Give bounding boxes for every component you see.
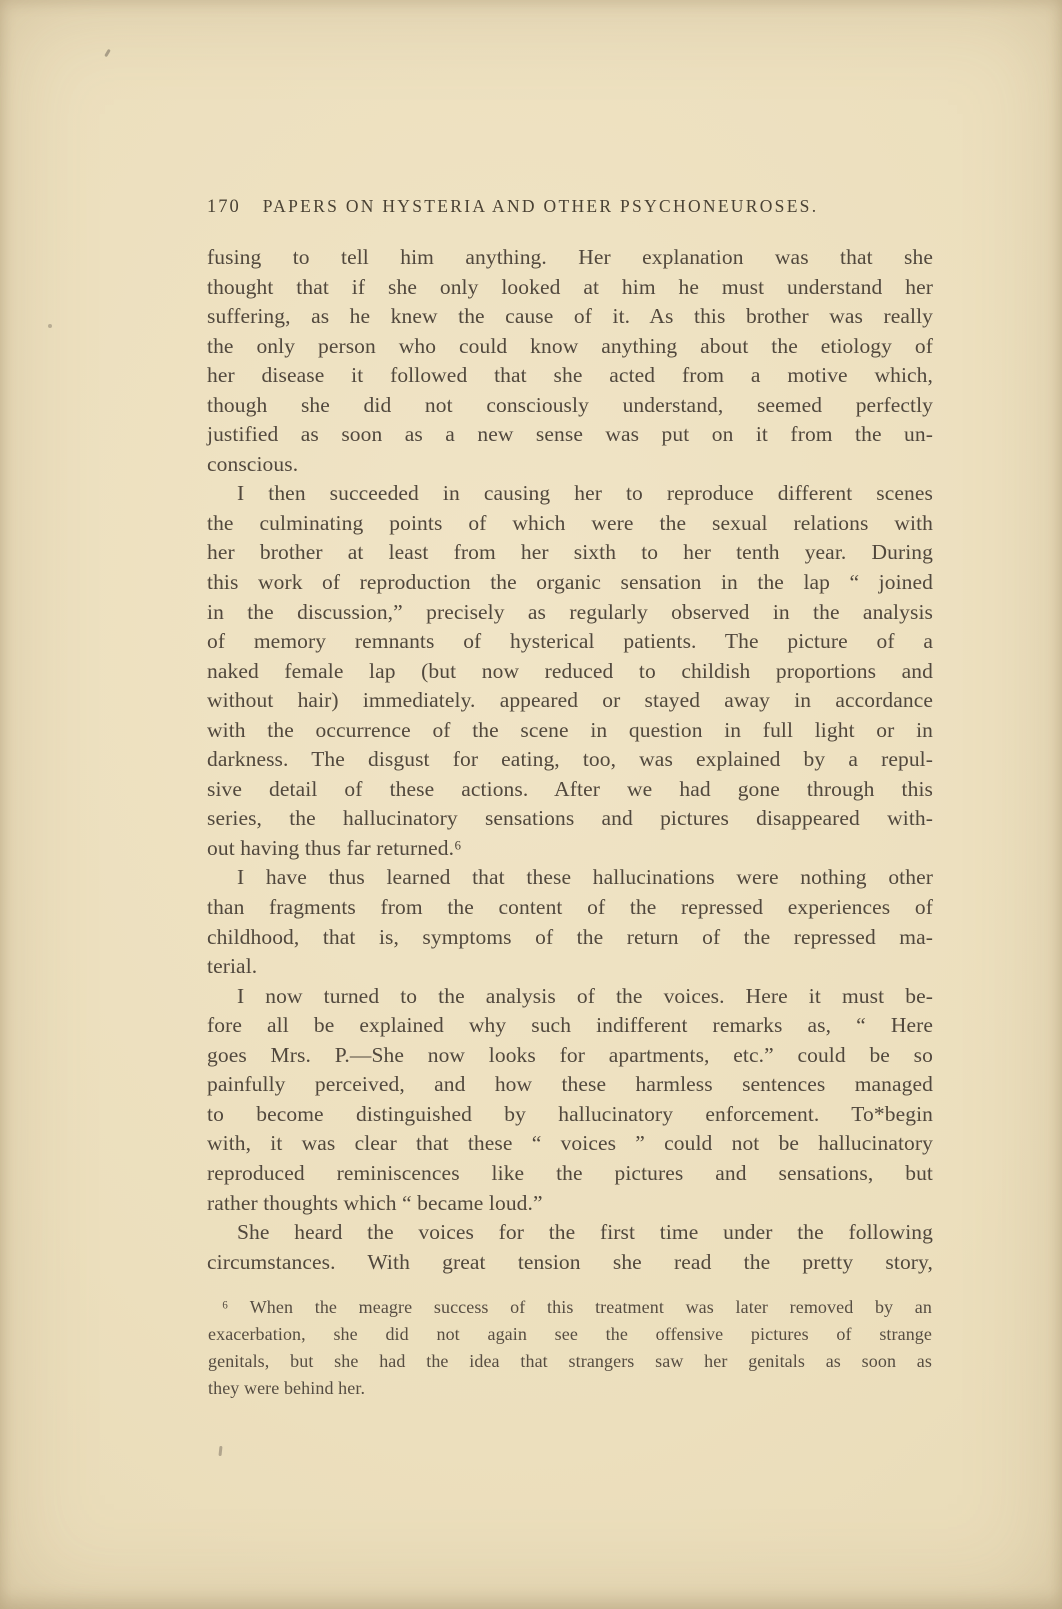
text-line: of memory remnants of hysterical patient… [207,627,933,657]
text-line: to become distinguished by hallucinatory… [207,1100,933,1130]
text-line: than fragments from the content of the r… [207,893,933,923]
footnote: ⁶ When the meagre success of this treatm… [208,1294,932,1402]
text-line: without hair) immediately. appeared or s… [207,686,933,716]
text-line: with the occurrence of the scene in ques… [207,716,933,746]
text-line: her disease it followed that she acted f… [207,361,933,391]
text-line: I have thus learned that these hallucina… [207,863,933,893]
text-line: in the discussion,” precisely as regular… [207,598,933,628]
text-line: the only person who could know anything … [207,332,933,362]
footnote-line: ⁶ When the meagre success of this treatm… [208,1294,932,1321]
page-header: 170 PAPERS ON HYSTERIA AND OTHER PSYCHON… [207,196,947,218]
footnote-line: genitals, but she had the idea that stra… [208,1348,932,1375]
body-text: fusing to tell him anything. Her explana… [207,243,933,1277]
scan-speck [218,1446,222,1456]
text-line: goes Mrs. P.—She now looks for apartment… [207,1041,933,1071]
text-line: fusing to tell him anything. Her explana… [207,243,933,273]
paragraph: I now turned to the analysis of the voic… [207,982,933,1218]
text-line: sive detail of these actions. After we h… [207,775,933,805]
scan-speck [48,324,52,328]
paragraph: fusing to tell him anything. Her explana… [207,243,933,479]
text-line: darkness. The disgust for eating, too, w… [207,745,933,775]
text-line: rather thoughts which “ became loud.” [207,1189,933,1219]
text-line: conscious. [207,450,933,480]
scan-speck [104,49,111,57]
text-line: circumstances. With great tension she re… [207,1248,933,1278]
text-line: her brother at least from her sixth to h… [207,538,933,568]
paragraph: I have thus learned that these hallucina… [207,863,933,981]
text-line: I then succeeded in causing her to repro… [207,479,933,509]
text-line: painfully perceived, and how these harml… [207,1070,933,1100]
paragraph: She heard the voices for the first time … [207,1218,933,1277]
text-line: suffering, as he knew the cause of it. A… [207,302,933,332]
text-line: this work of reproduction the organic se… [207,568,933,598]
scanned-book-page: 170 PAPERS ON HYSTERIA AND OTHER PSYCHON… [0,0,1062,1609]
text-line: reproduced reminiscences like the pictur… [207,1159,933,1189]
text-line: She heard the voices for the first time … [207,1218,933,1248]
text-line: out having thus far returned.⁶ [207,834,933,864]
paragraph: I then succeeded in causing her to repro… [207,479,933,863]
text-line: I now turned to the analysis of the voic… [207,982,933,1012]
page-number: 170 [207,197,241,218]
text-line: fore all be explained why such indiffere… [207,1011,933,1041]
text-line: the culminating points of which were the… [207,509,933,539]
text-line: justified as soon as a new sense was put… [207,420,933,450]
footnote-line: they were behind her. [208,1375,932,1402]
text-line: terial. [207,952,933,982]
text-line: childhood, that is, symptoms of the retu… [207,923,933,953]
text-line: with, it was clear that these “ voices ”… [207,1129,933,1159]
running-title: PAPERS ON HYSTERIA AND OTHER PSYCHONEURO… [263,196,819,217]
text-line: naked female lap (but now reduced to chi… [207,657,933,687]
footnote-line: exacerbation, she did not again see the … [208,1321,932,1348]
text-line: though she did not consciously understan… [207,391,933,421]
text-line: series, the hallucinatory sensations and… [207,804,933,834]
text-line: thought that if she only looked at him h… [207,273,933,303]
